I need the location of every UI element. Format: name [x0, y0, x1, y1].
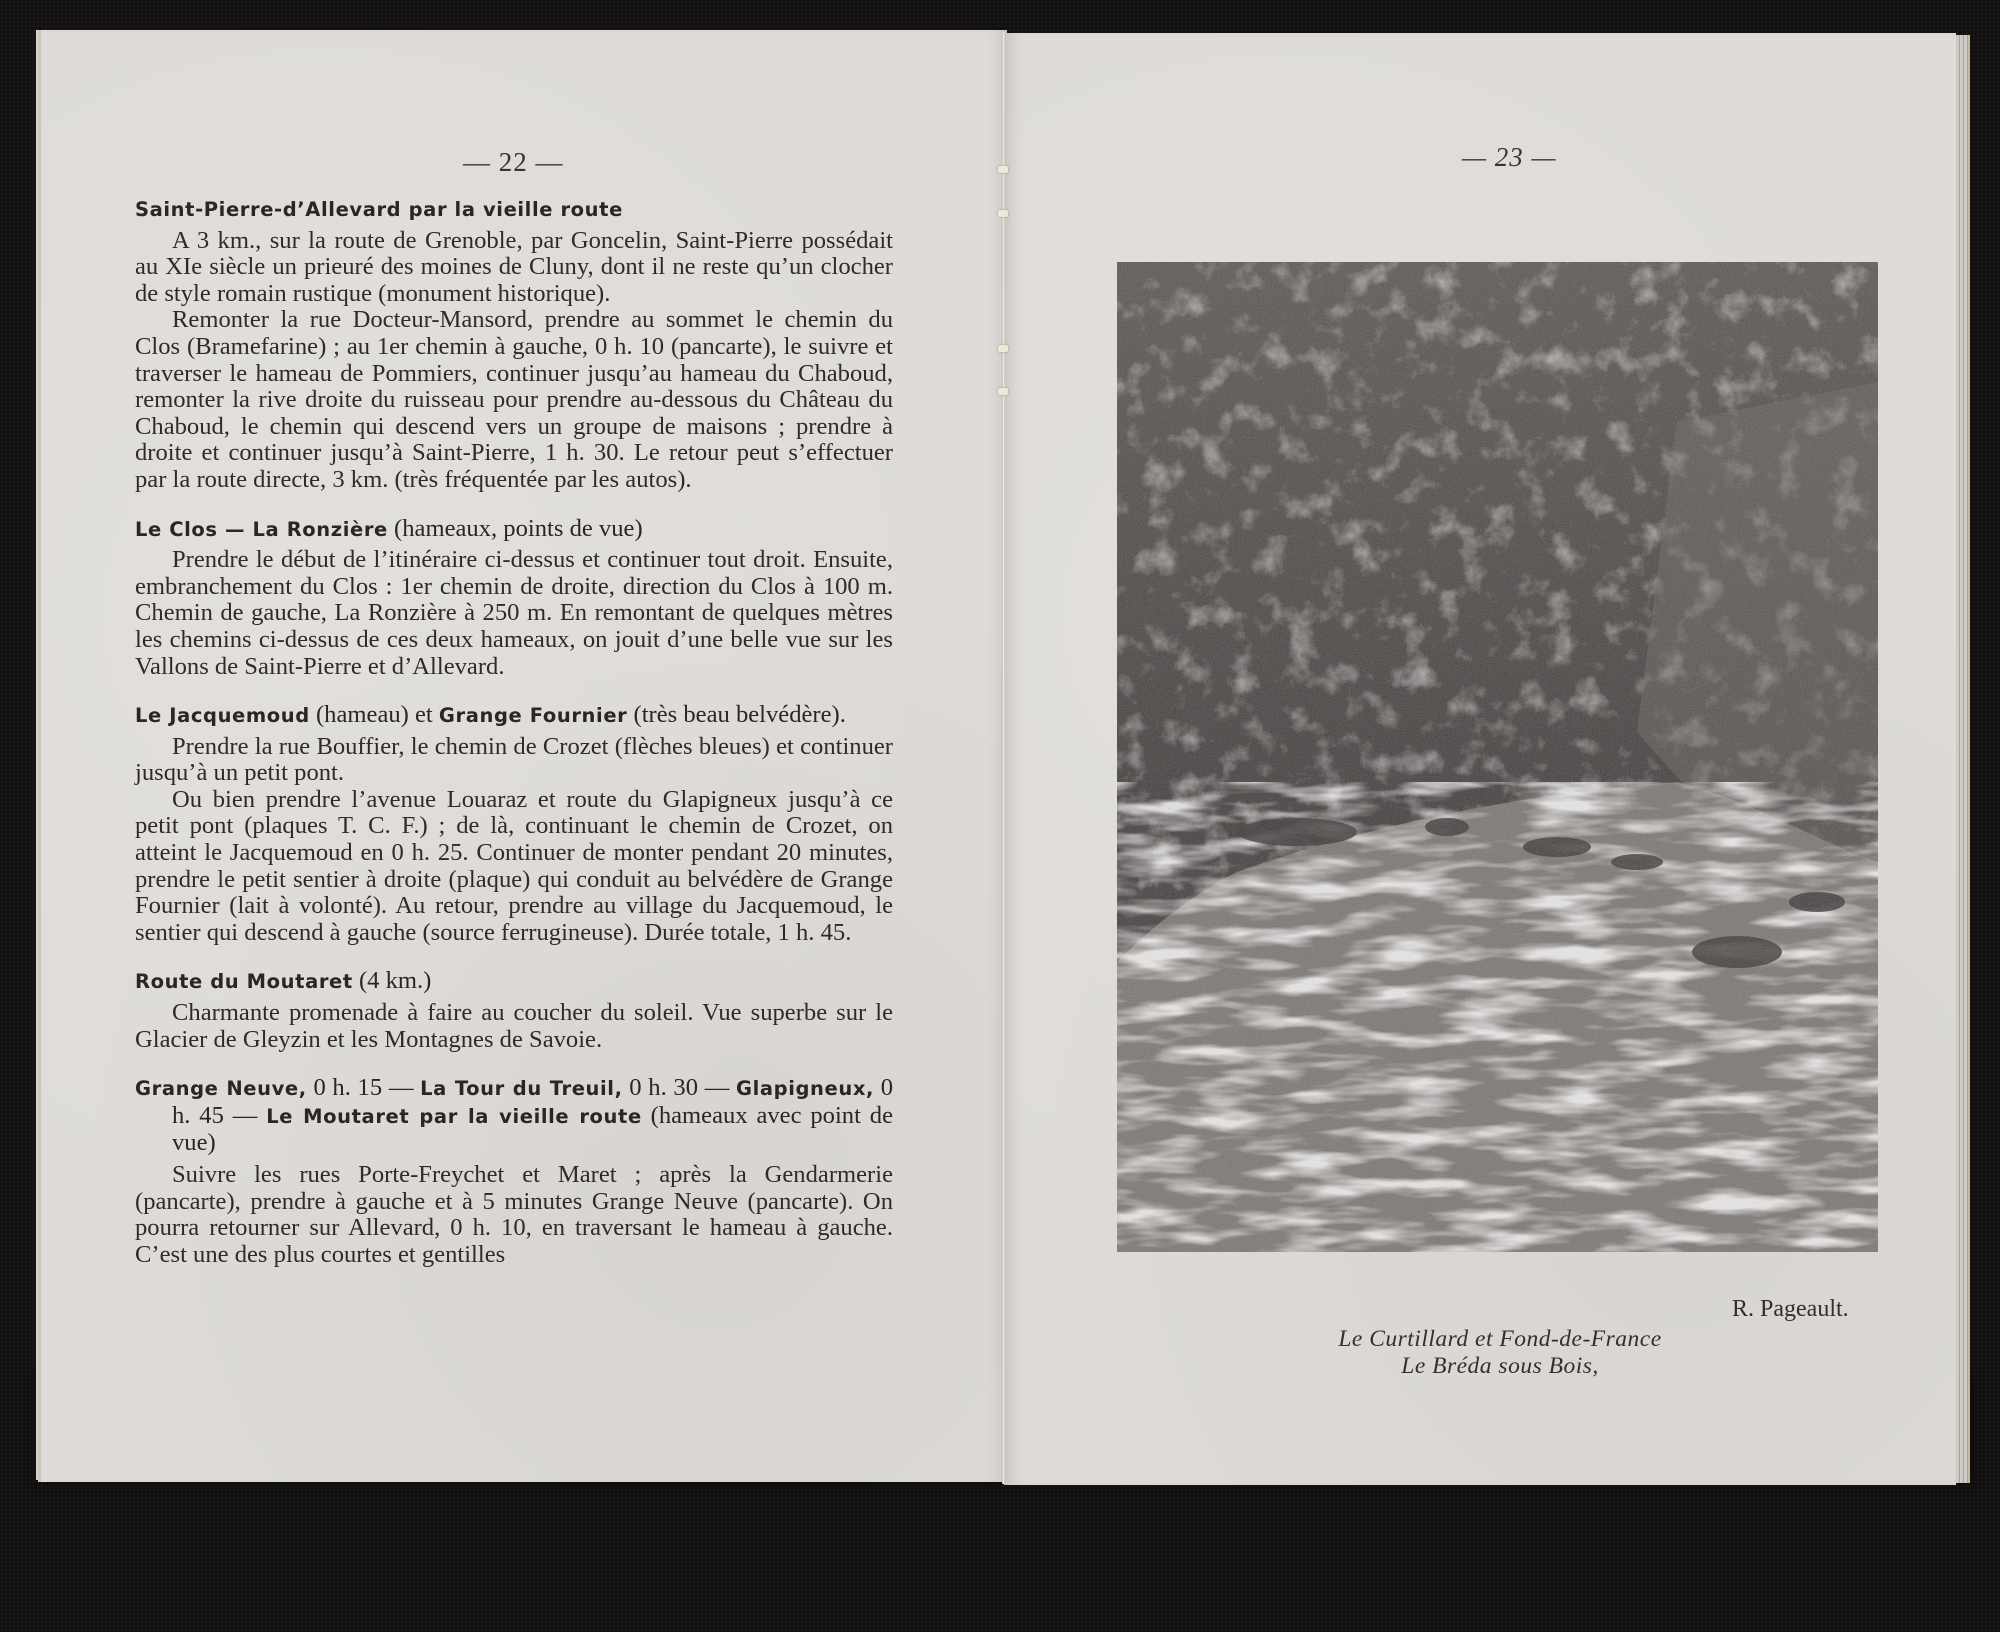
forest-stream-image: [1117, 262, 1878, 1252]
staple-3: [998, 345, 1008, 352]
staple-2: [998, 210, 1008, 217]
section-heading: Le Clos — La Ronzière (hameaux, points d…: [135, 516, 893, 544]
paragraph: Prendre la rue Bouffier, le chemin de Cr…: [135, 734, 893, 787]
photo-credit: R. Pageault.: [1732, 1296, 1849, 1323]
stream-photograph: [1117, 262, 1878, 1252]
paragraph: Charmante promenade à faire au coucher d…: [135, 1000, 893, 1053]
page-number-right: — 23 —: [1462, 142, 1557, 173]
photo-caption: Le Curtillard et Fond-de-France Le Bréda…: [1290, 1326, 1710, 1380]
paragraph: Ou bien prendre l’avenue Louaraz et rout…: [135, 787, 893, 947]
paragraph: Suivre les rues Porte-Freychet et Maret …: [135, 1162, 893, 1268]
caption-line: Le Curtillard et Fond-de-France: [1290, 1326, 1710, 1353]
section-heading: Le Jacquemoud (hameau) et Grange Fournie…: [135, 702, 893, 730]
section-heading: Route du Moutaret (4 km.): [135, 968, 893, 996]
staple-4: [998, 388, 1008, 395]
section-heading: Grange Neuve, 0 h. 15 — La Tour du Treui…: [135, 1075, 893, 1158]
section-le-clos: Le Clos — La Ronzière (hameaux, points d…: [135, 516, 893, 681]
book-gutter: [1002, 32, 1005, 1484]
section-heading: Saint-Pierre-d’Allevard par la vieille r…: [135, 197, 893, 224]
paragraph: Prendre le début de l’itinéraire ci-dess…: [135, 547, 893, 680]
page-number-left: — 22 —: [463, 147, 564, 178]
paragraph: A 3 km., sur la route de Grenoble, par G…: [135, 228, 893, 308]
paragraph: Remonter la rue Docteur-Mansord, prendre…: [135, 307, 893, 493]
staple-1: [998, 166, 1008, 173]
section-saint-pierre: Saint-Pierre-d’Allevard par la vieille r…: [135, 197, 893, 494]
left-page-text: Saint-Pierre-d’Allevard par la vieille r…: [135, 197, 893, 1290]
section-grange-neuve: Grange Neuve, 0 h. 15 — La Tour du Treui…: [135, 1075, 893, 1268]
section-moutaret: Route du Moutaret (4 km.) Charmante prom…: [135, 968, 893, 1053]
section-jacquemoud: Le Jacquemoud (hameau) et Grange Fournie…: [135, 702, 893, 946]
caption-line: Le Bréda sous Bois,: [1290, 1353, 1710, 1380]
